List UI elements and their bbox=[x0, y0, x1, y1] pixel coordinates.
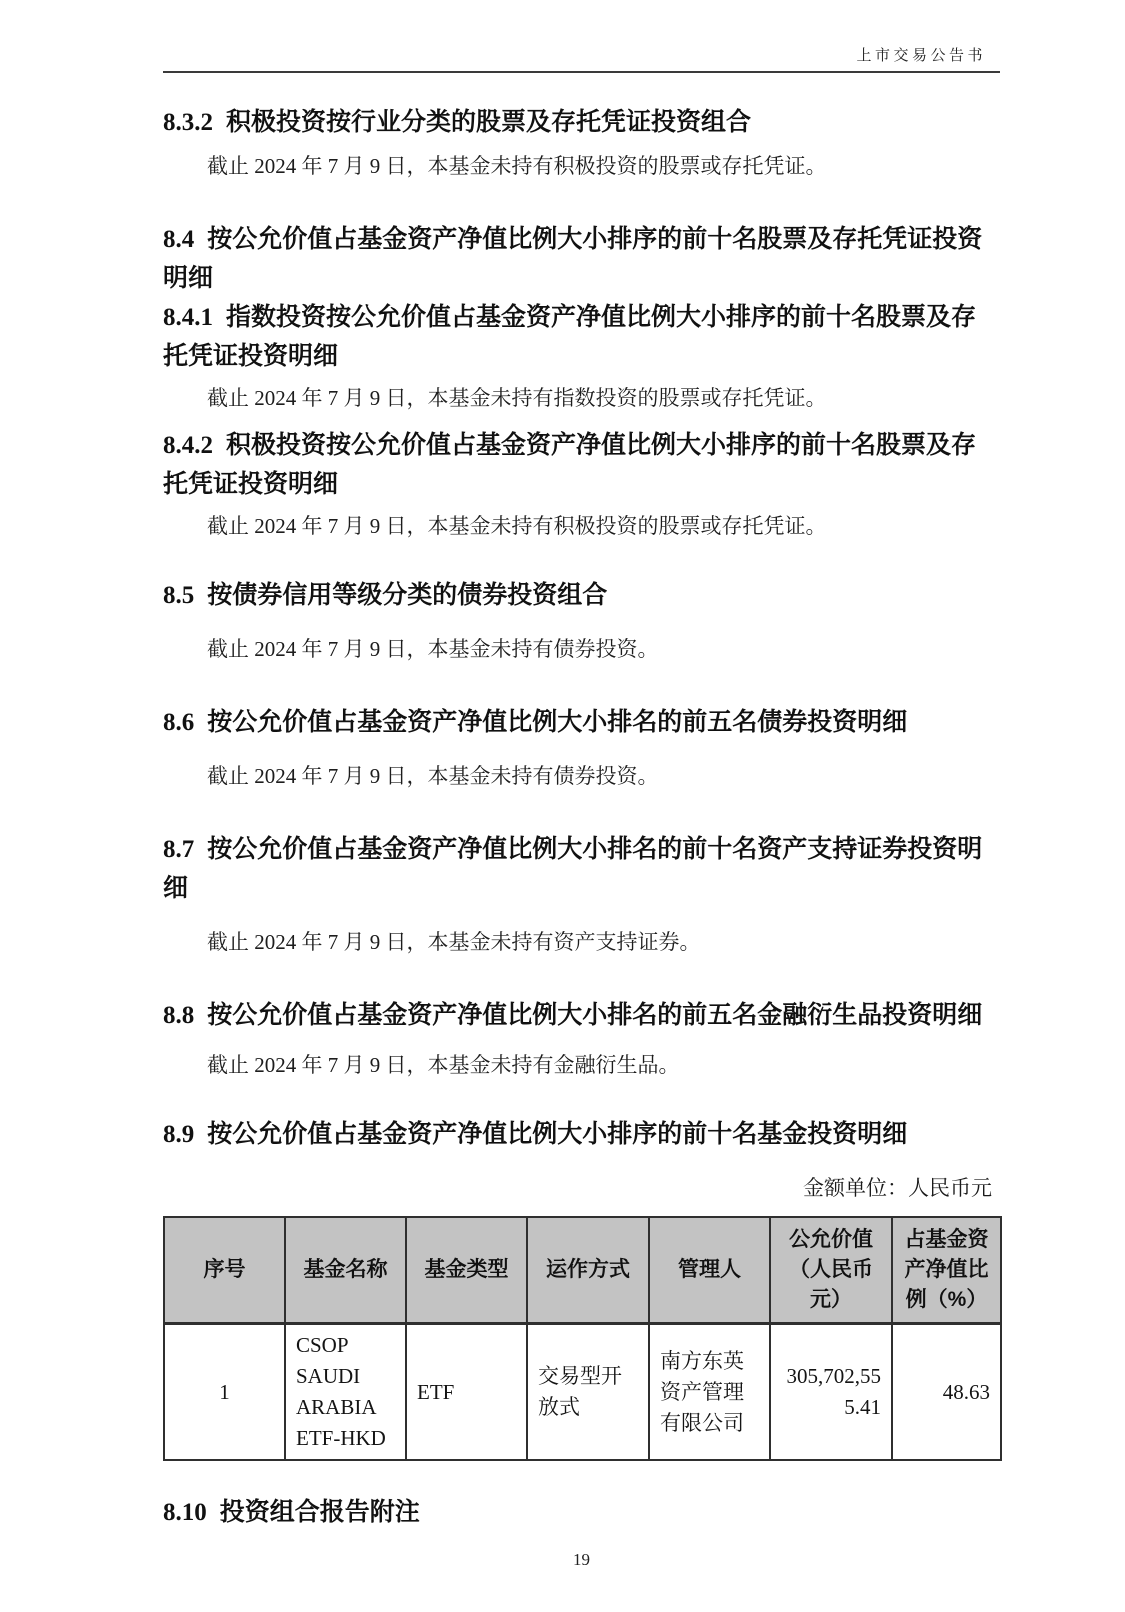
col-header-manager: 管理人 bbox=[649, 1217, 770, 1324]
table-header-row: 序号 基金名称 基金类型 运作方式 管理人 公允价值（人民币元） 占基金资产净值… bbox=[164, 1217, 1001, 1324]
section-title: 积极投资按行业分类的股票及存托凭证投资组合 bbox=[226, 109, 751, 136]
section-title: 按公允价值占基金资产净值比例大小排序的前十名股票及存托凭证投资明细 bbox=[163, 226, 982, 292]
document-content: 8.3.2积极投资按行业分类的股票及存托凭证投资组合 截止 2024 年 7 月… bbox=[163, 103, 1000, 1572]
table-unit-caption: 金额单位：人民币元 bbox=[163, 1174, 1000, 1202]
section-number: 8.5 bbox=[163, 582, 194, 609]
section-number: 8.4.1 bbox=[163, 304, 213, 331]
section-title: 投资组合报告附注 bbox=[220, 1499, 420, 1526]
table-row: 1 CSOP SAUDI ARABIA ETF-HKD ETF 交易型开放式 南… bbox=[164, 1324, 1001, 1461]
section-number: 8.4 bbox=[163, 226, 194, 253]
col-header-fund-type: 基金类型 bbox=[406, 1217, 527, 1324]
section-body-8-7: 截止 2024 年 7 月 9 日，本基金未持有资产支持证券。 bbox=[163, 928, 1000, 956]
cell-fair-value: 305,702,555.41 bbox=[770, 1324, 892, 1461]
section-number: 8.6 bbox=[163, 709, 194, 736]
section-title: 按债券信用等级分类的债券投资组合 bbox=[207, 582, 607, 609]
col-header-nav-pct: 占基金资产净值比例（%） bbox=[892, 1217, 1001, 1324]
cell-manager: 南方东英资产管理有限公司 bbox=[649, 1324, 770, 1461]
section-body-8-5: 截止 2024 年 7 月 9 日，本基金未持有债券投资。 bbox=[163, 635, 1000, 663]
cell-fund-type: ETF bbox=[406, 1324, 527, 1461]
section-number: 8.10 bbox=[163, 1499, 207, 1526]
section-title: 按公允价值占基金资产净值比例大小排名的前五名债券投资明细 bbox=[207, 709, 907, 736]
col-header-seq: 序号 bbox=[164, 1217, 285, 1324]
col-header-fair-value: 公允价值（人民币元） bbox=[770, 1217, 892, 1324]
page-header-title: 上市交易公告书 bbox=[163, 46, 1000, 66]
cell-seq: 1 bbox=[164, 1324, 285, 1461]
section-heading-8-7: 8.7按公允价值占基金资产净值比例大小排名的前十名资产支持证券投资明细 bbox=[163, 830, 1000, 908]
section-number: 8.3.2 bbox=[163, 109, 213, 136]
section-body-8-6: 截止 2024 年 7 月 9 日，本基金未持有债券投资。 bbox=[163, 762, 1000, 790]
section-heading-8-6: 8.6按公允价值占基金资产净值比例大小排名的前五名债券投资明细 bbox=[163, 703, 1000, 742]
fund-holdings-table: 序号 基金名称 基金类型 运作方式 管理人 公允价值（人民币元） 占基金资产净值… bbox=[163, 1216, 1002, 1461]
section-heading-8-5: 8.5按债券信用等级分类的债券投资组合 bbox=[163, 576, 1000, 615]
section-body-8-8: 截止 2024 年 7 月 9 日，本基金未持有金融衍生品。 bbox=[163, 1051, 1000, 1079]
section-body-8-3-2: 截止 2024 年 7 月 9 日，本基金未持有积极投资的股票或存托凭证。 bbox=[163, 152, 1000, 180]
section-title: 按公允价值占基金资产净值比例大小排名的前十名资产支持证券投资明细 bbox=[163, 836, 982, 902]
section-title: 积极投资按公允价值占基金资产净值比例大小排序的前十名股票及存托凭证投资明细 bbox=[163, 432, 976, 498]
section-heading-8-10: 8.10投资组合报告附注 bbox=[163, 1493, 1000, 1532]
section-title: 按公允价值占基金资产净值比例大小排序的前十名基金投资明细 bbox=[207, 1121, 907, 1148]
section-heading-8-4: 8.4按公允价值占基金资产净值比例大小排序的前十名股票及存托凭证投资明细 bbox=[163, 220, 1000, 298]
section-body-8-4-1: 截止 2024 年 7 月 9 日，本基金未持有指数投资的股票或存托凭证。 bbox=[163, 384, 1000, 412]
col-header-fund-name: 基金名称 bbox=[285, 1217, 406, 1324]
cell-nav-pct: 48.63 bbox=[892, 1324, 1001, 1461]
section-number: 8.9 bbox=[163, 1121, 194, 1148]
cell-fund-name: CSOP SAUDI ARABIA ETF-HKD bbox=[285, 1324, 406, 1461]
section-body-8-4-2: 截止 2024 年 7 月 9 日，本基金未持有积极投资的股票或存托凭证。 bbox=[163, 512, 1000, 540]
page-number: 19 bbox=[163, 1548, 1000, 1572]
section-number: 8.4.2 bbox=[163, 432, 213, 459]
section-number: 8.8 bbox=[163, 1002, 194, 1029]
page-header: 上市交易公告书 bbox=[163, 0, 1000, 73]
header-rule bbox=[163, 71, 1000, 73]
col-header-operation: 运作方式 bbox=[527, 1217, 649, 1324]
section-heading-8-3-2: 8.3.2积极投资按行业分类的股票及存托凭证投资组合 bbox=[163, 103, 1000, 142]
section-heading-8-4-1: 8.4.1指数投资按公允价值占基金资产净值比例大小排序的前十名股票及存托凭证投资… bbox=[163, 298, 1000, 376]
section-heading-8-9: 8.9按公允价值占基金资产净值比例大小排序的前十名基金投资明细 bbox=[163, 1115, 1000, 1154]
section-title: 指数投资按公允价值占基金资产净值比例大小排序的前十名股票及存托凭证投资明细 bbox=[163, 304, 976, 370]
section-heading-8-4-2: 8.4.2积极投资按公允价值占基金资产净值比例大小排序的前十名股票及存托凭证投资… bbox=[163, 426, 1000, 504]
section-number: 8.7 bbox=[163, 836, 194, 863]
cell-operation: 交易型开放式 bbox=[527, 1324, 649, 1461]
section-heading-8-8: 8.8按公允价值占基金资产净值比例大小排名的前五名金融衍生品投资明细 bbox=[163, 996, 1000, 1035]
section-title: 按公允价值占基金资产净值比例大小排名的前五名金融衍生品投资明细 bbox=[207, 1002, 982, 1029]
document-page: 上市交易公告书 8.3.2积极投资按行业分类的股票及存托凭证投资组合 截止 20… bbox=[0, 0, 1125, 1612]
